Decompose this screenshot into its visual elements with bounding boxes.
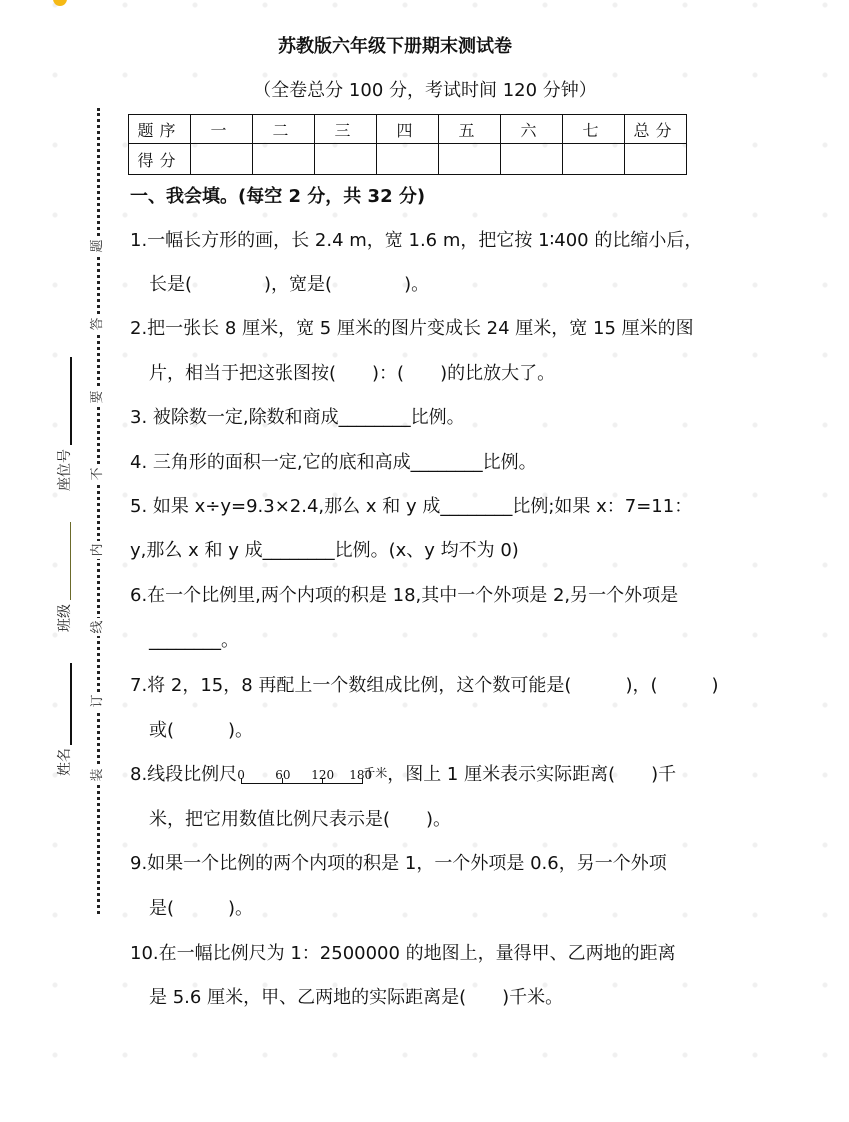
question-2-line-2: 片，相当于把这张图按( )：( )的比放大了。: [149, 361, 555, 387]
question-4: 4. 三角形的面积一定,它的底和高成________比例。: [130, 450, 537, 476]
score-table-score-row: 得分: [129, 144, 687, 175]
table-cell: 七: [563, 115, 625, 144]
seal-char: 答: [90, 315, 106, 333]
question-8-line-2: 米，把它用数值比例尺表示是( )。: [149, 807, 451, 833]
seal-char: 订: [90, 692, 106, 710]
class-line[interactable]: [70, 522, 71, 600]
name-line[interactable]: [70, 663, 72, 745]
question-8-line-1: 8.线段比例尺 0 60 120 180 千米，图上 1 厘米表示实际距离( )…: [130, 762, 676, 788]
question-5-line-1: 5. 如果 x÷y=9.3×2.4,那么 x 和 y 成________比例;如…: [130, 494, 692, 520]
table-cell: 四: [377, 115, 439, 144]
question-8-suffix: ，图上 1 厘米表示实际距离( )千: [387, 764, 676, 785]
corner-dot: [53, 0, 67, 6]
question-9-line-1: 9.如果一个比例的两个内项的积是 1，一个外项是 0.6，另一个外项: [130, 851, 667, 877]
question-3: 3. 被除数一定,除数和商成________比例。: [130, 405, 465, 431]
binding-dotted-line: [97, 108, 100, 914]
table-cell: 总分: [625, 115, 687, 144]
score-table-header-row: 题序 一 二 三 四 五 六 七 总分: [129, 115, 687, 144]
table-cell: 六: [501, 115, 563, 144]
seal-char: 要: [90, 388, 106, 406]
linear-scale-bar: 0 60 120 180: [237, 762, 363, 788]
score-cell[interactable]: [315, 144, 377, 175]
question-10-line-1: 10.在一幅比例尺为 1：2500000 的地图上，量得甲、乙两地的距离: [130, 941, 676, 967]
table-cell: 三: [315, 115, 377, 144]
question-7-line-1: 7.将 2，15，8 再配上一个数组成比例，这个数可能是( )，( ): [130, 673, 719, 699]
question-6-line-1: 6.在一个比例里,两个内项的积是 18,其中一个外项是 2,另一个外项是: [130, 583, 678, 609]
question-1-line-1: 1.一幅长方形的画，长 2.4 m，宽 1.6 m，把它按 1∶400 的比缩小…: [130, 228, 702, 254]
page-title: 苏教版六年级下册期末测试卷: [0, 32, 790, 58]
scale-label: 0: [237, 762, 245, 788]
score-cell[interactable]: [625, 144, 687, 175]
question-6-line-2: ________。: [149, 628, 239, 654]
table-cell: 一: [191, 115, 253, 144]
scale-unit: 千米: [363, 766, 387, 780]
score-cell[interactable]: [253, 144, 315, 175]
score-cell[interactable]: [377, 144, 439, 175]
table-cell: 题序: [129, 115, 191, 144]
name-label: 姓名: [54, 746, 74, 778]
seal-char: 题: [90, 237, 106, 255]
question-1-line-2: 长是( )，宽是( )。: [149, 272, 429, 298]
table-cell: 二: [253, 115, 315, 144]
seal-char: 内: [90, 541, 106, 559]
question-10-line-2: 是 5.6 厘米，甲、乙两地的实际距离是( )千米。: [149, 985, 563, 1011]
scale-label: 120: [311, 762, 334, 788]
question-8-prefix: 8.线段比例尺: [130, 764, 237, 785]
scale-line: [241, 783, 363, 784]
score-cell[interactable]: [439, 144, 501, 175]
seal-char: 装: [90, 766, 106, 784]
section-heading: 一、我会填。(每空 2 分，共 32 分): [130, 182, 425, 208]
table-cell: 得分: [129, 144, 191, 175]
scale-label: 60: [275, 762, 290, 788]
question-9-line-2: 是( )。: [149, 896, 253, 922]
question-7-line-2: 或( )。: [149, 718, 253, 744]
score-table: 题序 一 二 三 四 五 六 七 总分 得分: [128, 114, 687, 175]
seal-char: 不: [90, 465, 106, 483]
score-cell[interactable]: [191, 144, 253, 175]
question-5-line-2: y,那么 x 和 y 成________比例。(x、y 均不为 0): [130, 538, 519, 564]
page-subtitle: （全卷总分 100 分，考试时间 120 分钟）: [0, 76, 849, 102]
score-cell[interactable]: [501, 144, 563, 175]
seat-number-label: 座位号: [54, 448, 74, 492]
seat-number-line[interactable]: [70, 357, 72, 445]
seal-char: 线: [90, 618, 106, 636]
table-cell: 五: [439, 115, 501, 144]
class-label: 班级: [54, 602, 74, 634]
score-cell[interactable]: [563, 144, 625, 175]
question-2-line-1: 2.把一张长 8 厘米，宽 5 厘米的图片变成长 24 厘米，宽 15 厘米的图: [130, 316, 694, 342]
